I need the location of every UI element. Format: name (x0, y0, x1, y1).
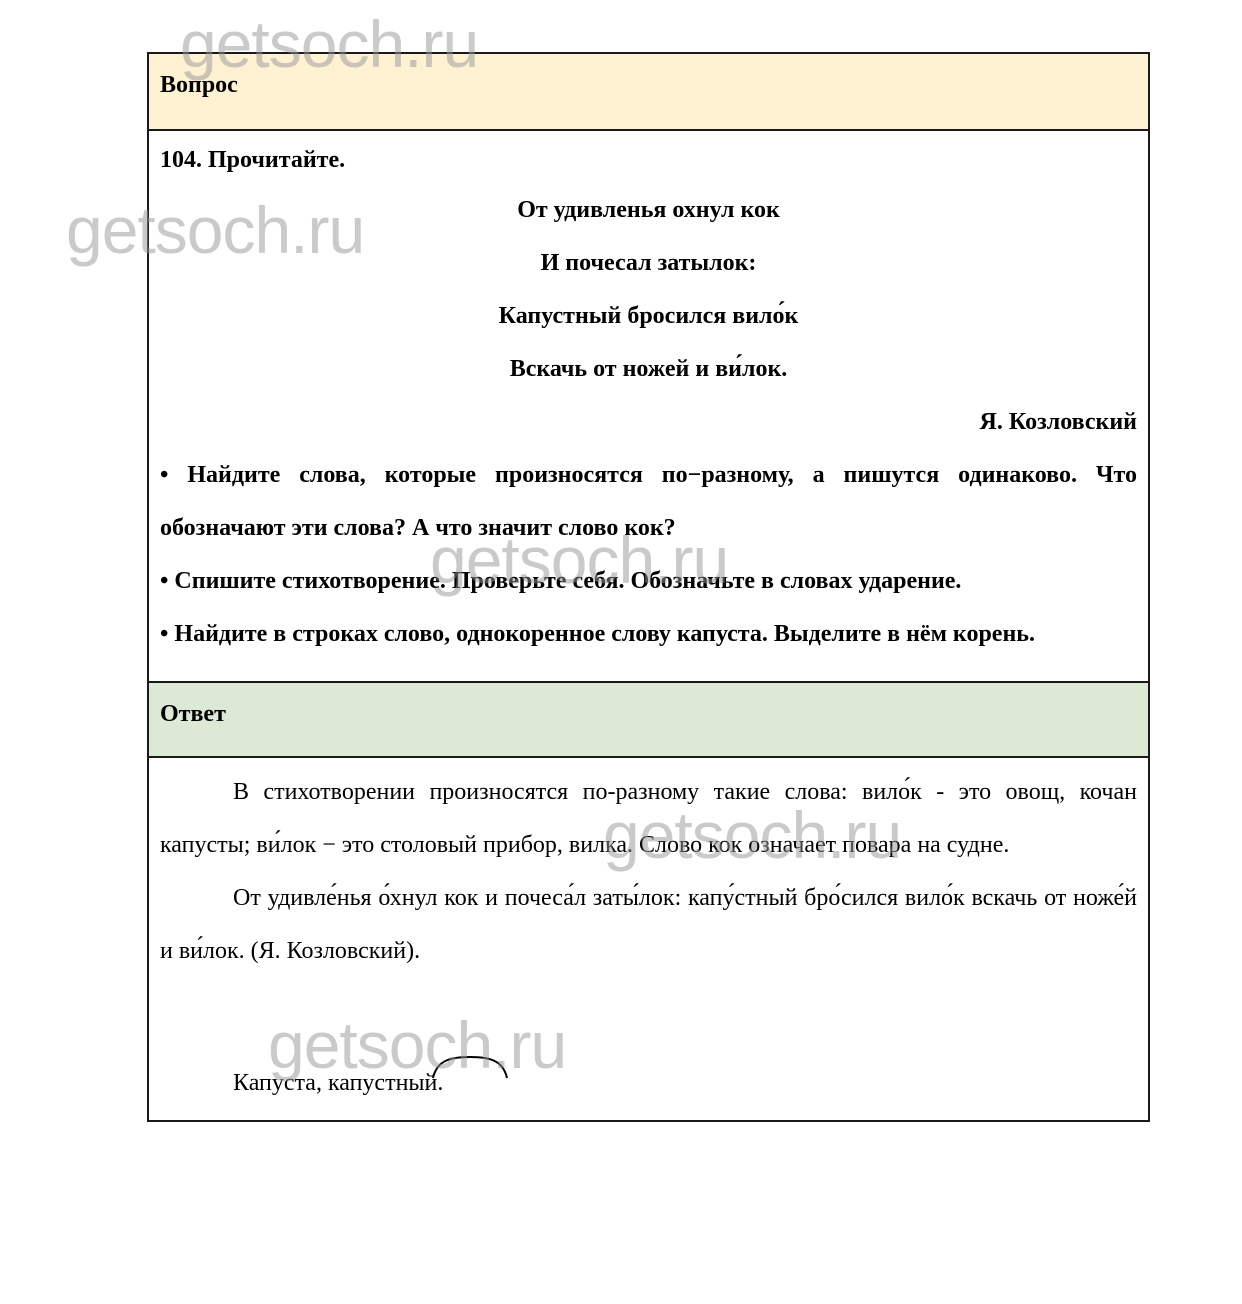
task-item: • Найдите слова, которые произносятся по… (160, 449, 1137, 555)
question-answer-card: Вопрос 104. Прочитайте. От удивленья охн… (147, 52, 1150, 1122)
answer-header: Ответ (149, 681, 1148, 758)
poem-author: Я. Козловский (160, 396, 1137, 449)
answer-paragraph: В стихотворении произносятся по-разному … (160, 766, 1137, 872)
question-header-label: Вопрос (160, 72, 238, 98)
poem-line: И почесал затылок: (160, 237, 1137, 290)
poem-line: Капустный бросился вило́к (160, 290, 1137, 343)
task-item: • Спишите стихотворение. Проверьте себя.… (160, 555, 1137, 608)
question-body: 104. Прочитайте. От удивленья охнул кок … (149, 131, 1148, 681)
poem-line: От удивленья охнул кок (160, 184, 1137, 237)
poem-line: Вскачь от ножей и ви́лок. (160, 343, 1137, 396)
answer-body: В стихотворении произносятся по-разному … (149, 758, 1148, 1120)
task-item: • Найдите в строках слово, однокоренное … (160, 608, 1137, 661)
root-example-text: Капуста, капустный. (233, 1070, 443, 1096)
question-header: Вопрос (149, 54, 1148, 131)
root-example: Капуста, капустный. (233, 1068, 443, 1098)
answer-paragraph: От удивле́нья о́хнул кок и почеса́л заты… (160, 872, 1137, 978)
exercise-title: 104. Прочитайте. (160, 145, 1137, 175)
answer-header-label: Ответ (160, 701, 226, 727)
root-arc-icon (431, 1054, 509, 1080)
